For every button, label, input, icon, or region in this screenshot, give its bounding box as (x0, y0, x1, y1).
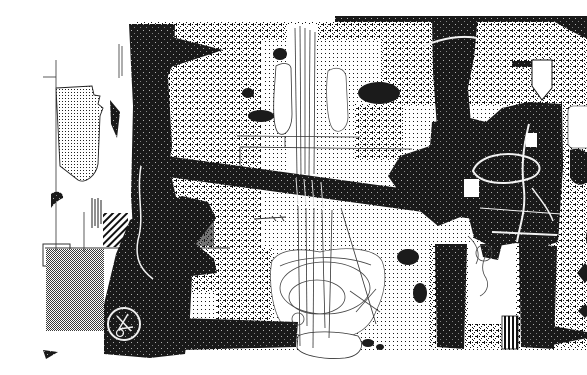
white-square-hole-lower (464, 179, 479, 197)
white-square-hole-upper (526, 133, 537, 147)
shield-dash-mark (512, 61, 532, 67)
goblet-outline (56, 86, 103, 181)
white-leaf-shape-right (327, 68, 348, 131)
grain-shoulder (182, 212, 214, 246)
striped-block (502, 316, 518, 349)
bottom-right-bar-left (435, 244, 467, 349)
right-edge-blob-lower (570, 149, 587, 185)
bottom-dark-band (180, 318, 298, 350)
checker-block (46, 249, 104, 331)
dithered-abstract-artwork: Black-and-white dithered halftone reprod… (40, 16, 587, 359)
right-white-gap (568, 106, 587, 148)
artwork-canvas: Black-and-white dithered halftone reprod… (40, 16, 587, 359)
white-leaf-shape-left (274, 64, 292, 135)
